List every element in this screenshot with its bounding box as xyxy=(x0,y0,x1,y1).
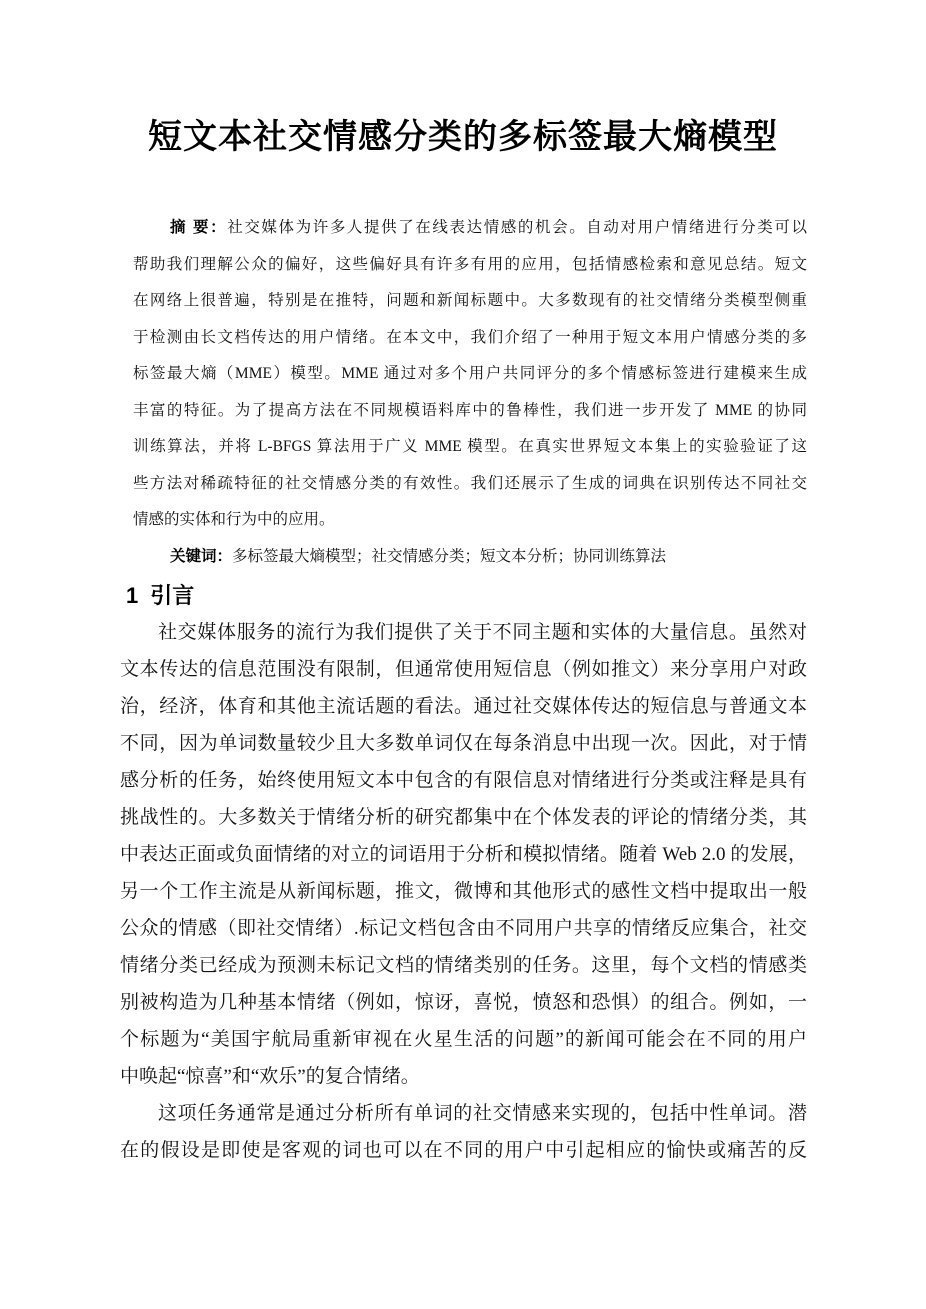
paper-title: 短文本社交情感分类的多标签最大熵模型 xyxy=(0,112,926,164)
body-line: 个标题为“美国宇航局重新审视在火星生活的问题”的新闻可能会在不同的用户 xyxy=(120,1021,807,1058)
section-number: 1 xyxy=(126,583,138,608)
keywords-label: 关键词： xyxy=(170,548,232,565)
body-line: 不同，因为单词数量较少且大多数单词仅在每条消息中出现一次。因此，对于情 xyxy=(120,725,807,762)
abstract-line-text: 社交媒体为许多人提供了在线表达情感的机会。自动对用户情绪进行分类可以 xyxy=(227,219,807,236)
abstract-line: 丰富的特征。为了提高方法在不同规模语料库中的鲁棒性，我们进一步开发了 MME 的… xyxy=(133,393,807,430)
abstract-line: 标签最大熵（MME）模型。MME 通过对多个用户共同评分的多个情感标签进行建模来… xyxy=(133,356,807,393)
abstract-label: 摘 要： xyxy=(170,219,227,236)
introduction-text: 社交媒体服务的流行为我们提供了关于不同主题和实体的大量信息。虽然对 文本传达的信… xyxy=(120,614,807,1169)
body-line: 社交媒体服务的流行为我们提供了关于不同主题和实体的大量信息。虽然对 xyxy=(120,614,807,651)
keywords-line: 关键词：多标签最大熵模型；社交情感分类；短文本分析；协同训练算法 xyxy=(133,539,807,576)
abstract-line: 帮助我们理解公众的偏好，这些偏好具有许多有用的应用，包括情感检索和意见总结。短文 xyxy=(133,247,807,284)
body-line: 公众的情感（即社交情绪）.标记文档包含由不同用户共享的情绪反应集合，社交 xyxy=(120,910,807,947)
abstract-line: 摘 要：社交媒体为许多人提供了在线表达情感的机会。自动对用户情绪进行分类可以 xyxy=(133,210,807,247)
paper-page: 短文本社交情感分类的多标签最大熵模型 摘 要：社交媒体为许多人提供了在线表达情感… xyxy=(0,0,926,1309)
abstract-line: 于检测由长文档传达的用户情绪。在本文中，我们介绍了一种用于短文本用户情感分类的多 xyxy=(133,320,807,357)
body-line: 别被构造为几种基本情绪（例如，惊讶，喜悦，愤怒和恐惧）的组合。例如，一 xyxy=(120,984,807,1021)
abstract-line: 训练算法，并将 L-BFGS 算法用于广义 MME 模型。在真实世界短文本集上的… xyxy=(133,429,807,466)
body-line: 治，经济，体育和其他主流话题的看法。通过社交媒体传达的短信息与普通文本 xyxy=(120,688,807,725)
abstract-line: 些方法对稀疏特征的社交情感分类的有效性。我们还展示了生成的词典在识别传达不同社交 xyxy=(133,466,807,503)
body-line: 文本传达的信息范围没有限制，但通常使用短信息（例如推文）来分享用户对政 xyxy=(120,651,807,688)
body-line: 感分析的任务，始终使用短文本中包含的有限信息对情绪进行分类或注释是具有 xyxy=(120,762,807,799)
keywords-text: 多标签最大熵模型；社交情感分类；短文本分析；协同训练算法 xyxy=(232,548,666,565)
abstract-paragraph: 摘 要：社交媒体为许多人提供了在线表达情感的机会。自动对用户情绪进行分类可以 帮… xyxy=(133,210,807,575)
abstract-line: 情感的实体和行为中的应用。 xyxy=(133,502,807,539)
body-line: 挑战性的。大多数关于情绪分析的研究都集中在个体发表的评论的情绪分类，其 xyxy=(120,799,807,836)
body-line: 情绪分类已经成为预测未标记文档的情绪类别的任务。这里，每个文档的情感类 xyxy=(120,947,807,984)
section-heading: 1引言 xyxy=(126,581,194,611)
abstract-line: 在网络上很普遍，特别是在推特，问题和新闻标题中。大多数现有的社交情绪分类模型侧重 xyxy=(133,283,807,320)
section-title: 引言 xyxy=(150,583,194,608)
intro-paragraph-2: 这项任务通常是通过分析所有单词的社交情感来实现的，包括中性单词。潜 在的假设是即… xyxy=(120,1095,807,1169)
intro-paragraph-1: 社交媒体服务的流行为我们提供了关于不同主题和实体的大量信息。虽然对 文本传达的信… xyxy=(120,614,807,1095)
body-line: 中表达正面或负面情绪的对立的词语用于分析和模拟情绪。随着 Web 2.0 的发展… xyxy=(120,836,807,873)
body-line: 中唤起“惊喜”和“欢乐”的复合情绪。 xyxy=(120,1058,807,1095)
body-line: 另一个工作主流是从新闻标题，推文，微博和其他形式的感性文档中提取出一般 xyxy=(120,873,807,910)
body-line: 在的假设是即使是客观的词也可以在不同的用户中引起相应的愉快或痛苦的反 xyxy=(120,1132,807,1169)
body-line: 这项任务通常是通过分析所有单词的社交情感来实现的，包括中性单词。潜 xyxy=(120,1095,807,1132)
